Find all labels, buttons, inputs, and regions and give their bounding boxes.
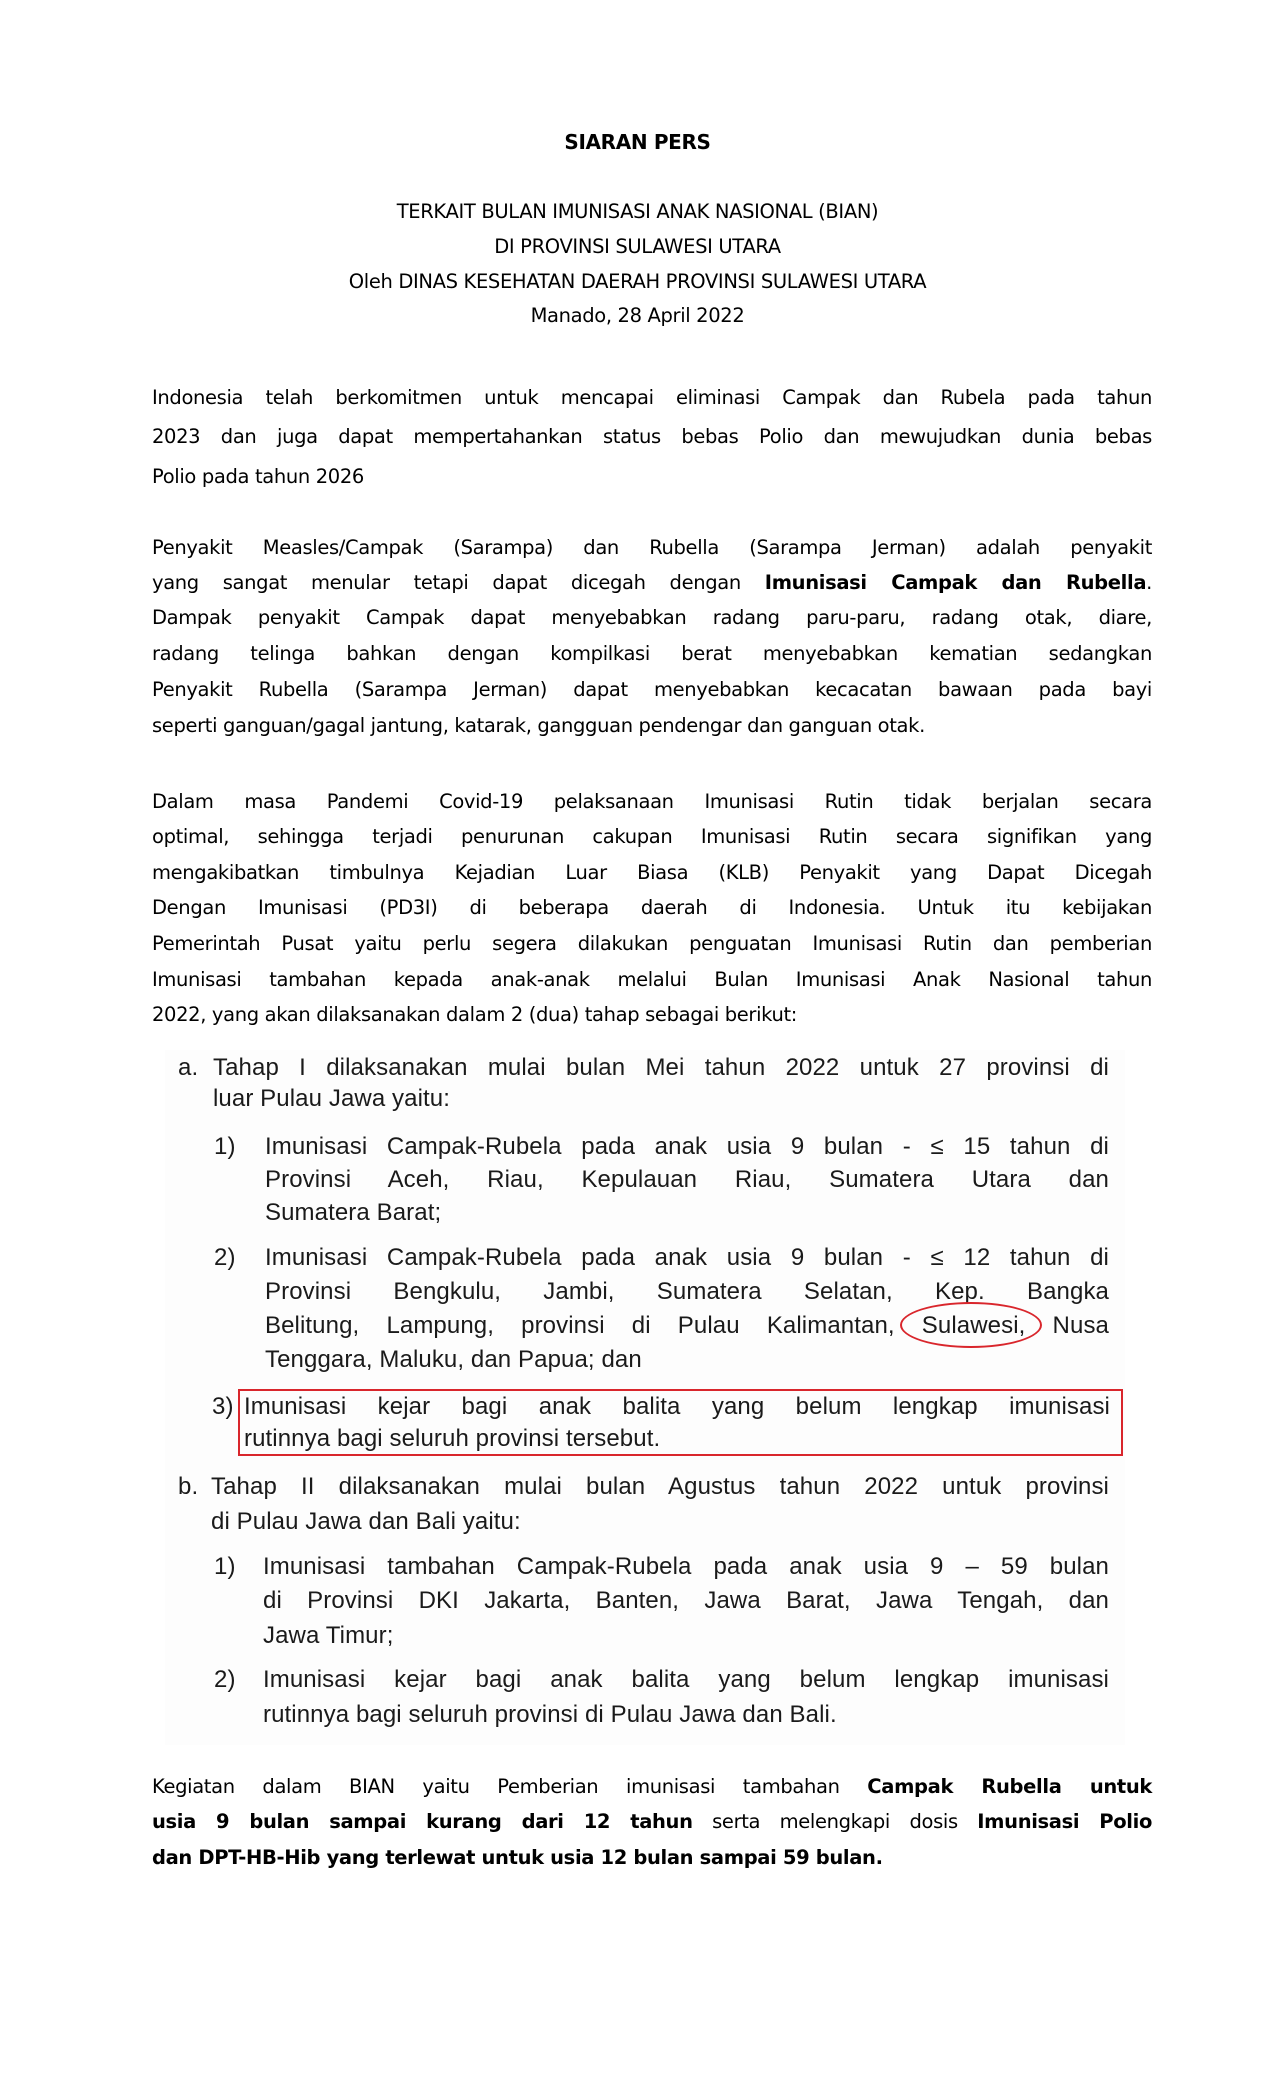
- emphasis-text: Campak Rubella untuk: [867, 1775, 1152, 1798]
- document-title: SIARAN PERS: [0, 130, 1275, 154]
- paragraph-line: Pemerintah Pusat yaitu perlu segera dila…: [152, 932, 1152, 956]
- emphasis-text: usia 9 bulan sampai kurang dari 12 tahun: [152, 1810, 693, 1833]
- list-marker: 3): [212, 1393, 234, 1421]
- list-marker: 2): [214, 1244, 236, 1272]
- text-run: .: [1146, 571, 1152, 594]
- document-page: SIARAN PERS TERKAIT BULAN IMUNISASI ANAK…: [0, 0, 1275, 2100]
- list-line: di Pulau Jawa dan Bali yaitu:: [211, 1508, 521, 1536]
- paragraph-line: Indonesia telah berkomitmen untuk mencap…: [152, 386, 1152, 410]
- list-line: luar Pulau Jawa yaitu:: [213, 1085, 450, 1113]
- highlight-box-annotation: [238, 1389, 1123, 1456]
- text-run: serta melengkapi dosis: [693, 1810, 978, 1833]
- paragraph-line: Imunisasi tambahan kepada anak-anak mela…: [152, 968, 1152, 992]
- text-run: yang sangat menular tetapi dapat dicegah…: [152, 571, 765, 594]
- list-line: di Provinsi DKI Jakarta, Banten, Jawa Ba…: [263, 1587, 1109, 1615]
- paragraph-line: Penyakit Measles/Campak (Sarampa) dan Ru…: [152, 536, 1152, 560]
- list-line: Imunisasi Campak-Rubela pada anak usia 9…: [265, 1133, 1109, 1161]
- list-marker: b.: [178, 1473, 198, 1501]
- emphasis-text: Imunisasi Polio: [977, 1810, 1152, 1833]
- paragraph-line: Kegiatan dalam BIAN yaitu Pemberian imun…: [152, 1775, 1152, 1799]
- paragraph-line: optimal, sehingga terjadi penurunan caku…: [152, 825, 1152, 849]
- paragraph-line: 2023 dan juga dapat mempertahankan statu…: [152, 425, 1152, 449]
- paragraph-line: Polio pada tahun 2026: [152, 465, 364, 489]
- list-marker: 1): [214, 1133, 236, 1161]
- paragraph-line: Dalam masa Pandemi Covid-19 pelaksanaan …: [152, 790, 1152, 814]
- list-line: Imunisasi Campak-Rubela pada anak usia 9…: [265, 1244, 1109, 1272]
- sulawesi-circle-annotation: [900, 1302, 1042, 1348]
- list-line: Tahap I dilaksanakan mulai bulan Mei tah…: [213, 1054, 1109, 1082]
- paragraph-line: Dampak penyakit Campak dapat menyebabkan…: [152, 606, 1152, 630]
- subtitle-line-1: TERKAIT BULAN IMUNISASI ANAK NASIONAL (B…: [0, 200, 1275, 224]
- paragraph-line: seperti ganguan/gagal jantung, katarak, …: [152, 714, 925, 738]
- list-line: Sumatera Barat;: [265, 1199, 441, 1227]
- list-line: Imunisasi tambahan Campak-Rubela pada an…: [263, 1553, 1109, 1581]
- list-line: Tenggara, Maluku, dan Papua; dan: [265, 1346, 642, 1374]
- list-line: Jawa Timur;: [263, 1622, 393, 1650]
- list-marker: 1): [214, 1553, 236, 1581]
- date-line: Manado, 28 April 2022: [0, 304, 1275, 328]
- text-run: Kegiatan dalam BIAN yaitu Pemberian imun…: [152, 1775, 867, 1798]
- paragraph-line: mengakibatkan timbulnya Kejadian Luar Bi…: [152, 861, 1152, 885]
- paragraph-line: Dengan Imunisasi (PD3I) di beberapa daer…: [152, 896, 1152, 920]
- paragraph-line: usia 9 bulan sampai kurang dari 12 tahun…: [152, 1810, 1152, 1834]
- list-line: rutinnya bagi seluruh provinsi di Pulau …: [263, 1701, 837, 1729]
- list-line: Provinsi Aceh, Riau, Kepulauan Riau, Sum…: [265, 1166, 1109, 1194]
- paragraph-line: yang sangat menular tetapi dapat dicegah…: [152, 571, 1152, 595]
- subtitle-line-3: Oleh DINAS KESEHATAN DAERAH PROVINSI SUL…: [0, 270, 1275, 294]
- subtitle-line-2: DI PROVINSI SULAWESI UTARA: [0, 235, 1275, 259]
- paragraph-line: radang telinga bahkan dengan kompilkasi …: [152, 642, 1152, 666]
- list-marker: a.: [178, 1054, 198, 1082]
- paragraph-line: dan DPT-HB-Hib yang terlewat untuk usia …: [152, 1846, 883, 1870]
- paragraph-line: Penyakit Rubella (Sarampa Jerman) dapat …: [152, 678, 1152, 702]
- paragraph-line: 2022, yang akan dilaksanakan dalam 2 (du…: [152, 1003, 797, 1027]
- list-marker: 2): [214, 1666, 236, 1694]
- list-line: Tahap II dilaksanakan mulai bulan Agustu…: [211, 1473, 1109, 1501]
- list-line: Imunisasi kejar bagi anak balita yang be…: [263, 1666, 1109, 1694]
- emphasis-text: Imunisasi Campak dan Rubella: [765, 571, 1146, 594]
